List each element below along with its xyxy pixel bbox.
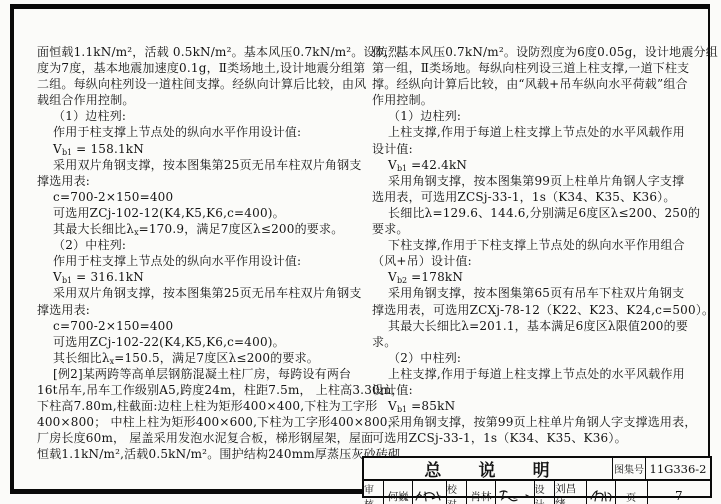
text-line: 上柱支撑,作用于每道上柱支撑上节点处的水平风载作用 <box>372 124 704 140</box>
text-line: 采用角钢支撑，按第99页上柱单片角钢人字支撑选用表， <box>372 414 704 430</box>
text-line: 厂房长度60m， 屋盖采用发泡水泥复合板，梯形钢屋架，屋面 <box>37 430 365 446</box>
text-line: Vb2 =178kN <box>372 269 704 285</box>
text-line: 作用控制。 <box>372 92 704 108</box>
left-text-column: 面恒载1.1kN/m²，活载 0.5kN/m²。基本风压0.7kN/m²。设防烈… <box>37 44 365 462</box>
text-line: 可选用ZCj-102-12(K4,K5,K6,c=400)。 <box>37 205 365 221</box>
checker-signature <box>496 481 535 504</box>
text-line: 采用双片角钢支撑，按本图集第25页无吊车柱双片角钢支 <box>37 157 365 173</box>
text-line: 其最大长细比λx=170.9，满足7度区λ≤200的要求。 <box>37 221 365 237</box>
text-line: 作用于柱支撑上节点处的纵向水平作用设计值: <box>37 253 365 269</box>
text-line: 采用角钢支撑，按本图集第99页上柱单片角钢人字支撑 <box>372 173 704 189</box>
reviewer-signature <box>413 481 447 504</box>
designer-signature <box>587 481 615 504</box>
text-line: 二组。每纵向柱列设一道柱间支撑。经纵向计算后比较，由风 <box>37 76 365 92</box>
text-line: 400×800； 中柱上柱为矩形400×600,下柱为工字形400×800， <box>37 414 365 430</box>
text-line: （风+吊）设计值: <box>372 253 704 269</box>
designer-signature-icon <box>588 489 614 503</box>
text-line: 撑选用表: <box>37 173 365 189</box>
text-line: Vb1 =85kN <box>372 398 704 414</box>
text-line: 上柱支撑,作用于每道上柱支撑上节点处的水平风载作用 <box>372 366 704 382</box>
text-line: 度为7度，基本地震加速度0.1g，Ⅱ类场地土,设计地震分组第 <box>37 60 365 76</box>
checker-signature-icon <box>496 489 534 503</box>
text-line: （1）边柱列: <box>37 108 365 124</box>
text-line: （2）中柱列: <box>372 350 704 366</box>
text-line: 设计值: <box>372 382 704 398</box>
page-number: 7 <box>648 481 710 504</box>
text-line: 下柱支撑,作用于下柱支撑上节点处的纵向水平作用组合 <box>372 237 704 253</box>
title-block: 总 说 明 图集号 11G336-2 审核 何巍 校对 肖林 设计 刘昌绪 页 … <box>362 456 712 498</box>
text-line: 求。 <box>372 334 704 350</box>
text-line: Vb1 =42.4kN <box>372 157 704 173</box>
text-line: 要求。 <box>372 221 704 237</box>
text-line: 下柱高7.80m,柱截面:边柱上柱为矩形400×400,下柱为工字形 <box>37 398 365 414</box>
text-line: 恒载1.1kN/m²,活载0.5kN/m²。围护结构240mm厚蒸压灰砂砖砌 <box>37 446 365 462</box>
reviewer-signature-icon <box>414 489 445 503</box>
text-line: c=700-2×150=400 <box>37 189 365 205</box>
text-line: Vb1 = 158.1kN <box>37 141 365 157</box>
check-label: 校对 <box>447 481 467 504</box>
text-line: 长细比λ=129.6、144.6,分别满足6度区λ≤200、250的 <box>372 205 704 221</box>
page-label: 页 <box>616 481 648 504</box>
sheet-title: 总 说 明 <box>364 458 613 479</box>
atlas-number-value: 11G336-2 <box>646 458 710 479</box>
right-text-column: 体，基本风压0.7kN/m²。设防烈度为6度0.05g，设计地震分组第一组，Ⅱ类… <box>372 44 704 446</box>
text-line: 可选用ZCj-102-22(K4,K5,K6,c=400)。 <box>37 334 365 350</box>
text-line: 其最大长细比λ=201.1，基本满足6度区λ限值200的要 <box>372 318 704 334</box>
text-line: 采用角钢支撑，按本图集第65页有吊车下柱双片角钢支 <box>372 285 704 301</box>
text-line: [例2]某两跨等高单层钢筋混凝土柱厂房，每跨设有两台 <box>37 366 365 382</box>
text-line: 作用于柱支撑上节点处的纵向水平作用设计值: <box>37 124 365 140</box>
text-line: 设计值: <box>372 141 704 157</box>
text-line: Vb1 = 316.1kN <box>37 269 365 285</box>
text-line: 第一组，Ⅱ类场地。每纵向柱列设三道上柱支撑,一道下柱支 <box>372 60 704 76</box>
checker-name: 肖林 <box>467 481 495 504</box>
designer-name: 刘昌绪 <box>555 481 587 504</box>
text-line: （2）中柱列: <box>37 237 365 253</box>
title-block-top-row: 总 说 明 图集号 11G336-2 <box>364 458 710 481</box>
text-line: 面恒载1.1kN/m²，活载 0.5kN/m²。基本风压0.7kN/m²。设防烈 <box>37 44 365 60</box>
text-line: 载组合作用控制。 <box>37 92 365 108</box>
text-line: 其长细比λx=150.5，满足7度区λ≤200的要求。 <box>37 350 365 366</box>
design-label: 设计 <box>535 481 555 504</box>
text-line: 体，基本风压0.7kN/m²。设防烈度为6度0.05g，设计地震分组 <box>372 44 704 60</box>
atlas-number-label: 图集号 <box>613 458 646 479</box>
text-line: c=700-2×150=400 <box>37 318 365 334</box>
text-line: 16t吊车,吊车工作级别A5,跨度24m，柱距7.5m， 上柱高3.30m， <box>37 382 365 398</box>
text-line: 采用双片角钢支撑，按本图集第25页无吊车柱双片角钢支 <box>37 285 365 301</box>
review-label: 审核 <box>364 481 384 504</box>
text-line: 选用表，可选用ZCSj-33-1，1s（K34、K35、K36）。 <box>372 189 704 205</box>
text-line: 撑。经纵向计算后比较，由“风载+吊车纵向水平荷载”组合 <box>372 76 704 92</box>
text-line: 撑选用表: <box>37 302 365 318</box>
text-line: （1）边柱列: <box>372 108 704 124</box>
text-line: 撑选用表，可选用ZCXj-78-12（K22、K23、K24,c=500）。 <box>372 302 704 318</box>
reviewer-name: 何巍 <box>384 481 412 504</box>
title-block-bottom-row: 审核 何巍 校对 肖林 设计 刘昌绪 页 7 <box>364 481 710 504</box>
text-line: 可选用ZCSj-33-1，1s（K34、K35、K36）。 <box>372 430 704 446</box>
